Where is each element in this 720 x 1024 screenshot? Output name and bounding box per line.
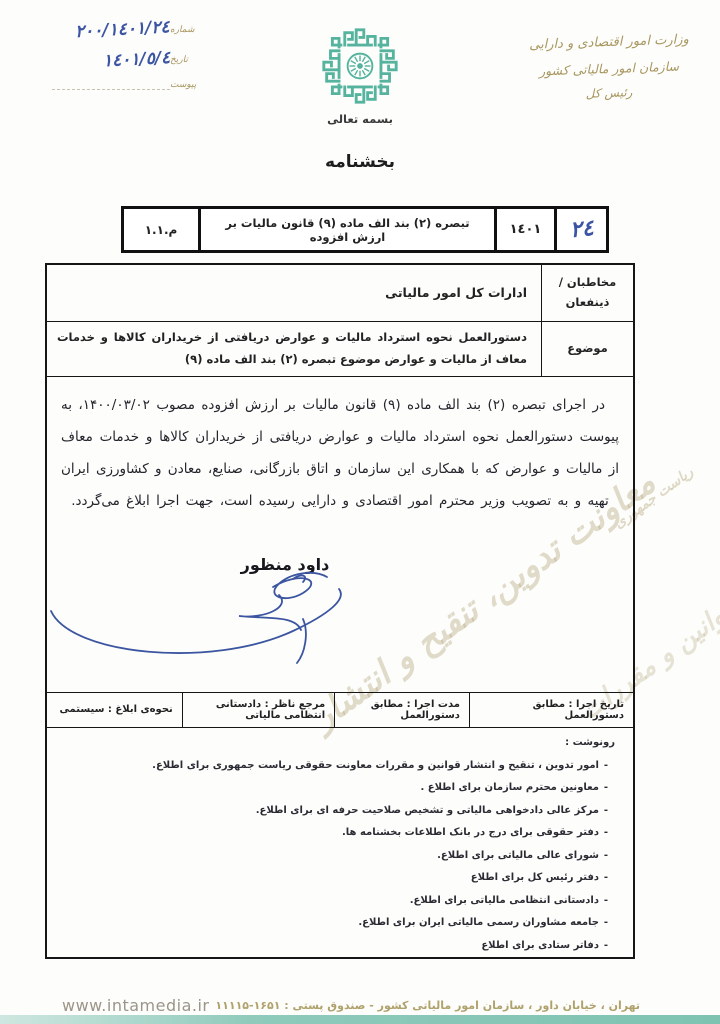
attachment-label: پیوست <box>170 80 208 90</box>
cc-dash: - <box>599 890 613 913</box>
cc-item: - مرکز عالی دادخواهی مالیاتی و تشخیص صلا… <box>57 800 621 823</box>
cc-dash: - <box>599 777 613 800</box>
recipients-value: ادارات کل امور مالیاتی <box>47 265 541 321</box>
reference-attachment-row: پیوست <box>8 80 208 90</box>
cc-dash: - <box>599 867 613 890</box>
cc-item-text: مرکز عالی دادخواهی مالیاتی و تشخیص صلاحی… <box>256 800 599 823</box>
execution-duration-cell: مدت اجرا : مطابق دستورالعمل <box>334 693 469 726</box>
serial-number-handwritten: ٢٤ <box>568 216 594 243</box>
cc-dash: - <box>599 845 613 868</box>
reference-date-row: تاریخ ١٤٠١/٥/٤ <box>8 50 208 70</box>
tax-administration-logo-icon <box>320 26 400 106</box>
cc-item: - دادستانی انتظامی مالیاتی برای اطلاع. <box>57 890 621 913</box>
subject-row: موضوع دستورالعمل نحوه استرداد مالیات و ع… <box>47 322 633 377</box>
reference-number-row: شماره ٢٠٠/١٤٠١/٢٤ <box>8 20 208 40</box>
cc-item-text: دفتر رئیس کل برای اطلاع <box>471 867 599 890</box>
supervising-authority-cell: مرجع ناظر : دادستانی انتظامی مالیاتی <box>182 693 334 726</box>
letterhead-center: بسمه تعالی بخشنامه <box>275 26 445 172</box>
band-code-cell: م.١.١ <box>124 209 198 250</box>
cc-item: - امور تدوین ، تنقیح و انتشار قوانین و م… <box>57 755 621 778</box>
circular-table: مخاطبان / ذینفعان ادارات کل امور مالیاتی… <box>45 263 635 959</box>
cc-item: - معاونین محترم سازمان برای اطلاع . <box>57 777 621 800</box>
recipients-label-line1: مخاطبان / <box>559 273 617 293</box>
footer-teal-band <box>0 1015 720 1024</box>
band-subject-cell: تبصره (۲) بند الف ماده (۹) قانون مالیات … <box>198 209 494 250</box>
attachment-blank-line <box>52 80 170 90</box>
date-label: تاریخ <box>170 55 208 65</box>
cc-dash: - <box>599 822 613 845</box>
footer-website-url: www.intamedia.ir <box>62 996 209 1015</box>
cc-item: - شورای عالی مالیاتی برای اطلاع. <box>57 845 621 868</box>
year-cell: ١٤٠١ <box>494 209 554 250</box>
recipients-label: مخاطبان / ذینفعان <box>541 265 633 321</box>
subject-value: دستورالعمل نحوه استرداد مالیات و عوارض د… <box>47 322 541 376</box>
cc-item-text: دفاتر ستادی برای اطلاع <box>481 935 599 958</box>
recipients-row: مخاطبان / ذینفعان ادارات کل امور مالیاتی <box>47 265 633 322</box>
body-paragraph: در اجرای تبصره (۲) بند الف ماده (۹) قانو… <box>47 377 633 518</box>
cc-item-text: دادستانی انتظامی مالیاتی برای اطلاع. <box>410 890 599 913</box>
document-type-title: بخشنامه <box>275 152 445 172</box>
signature-icon <box>41 559 371 689</box>
recipients-label-line2: ذینفعان <box>566 293 610 313</box>
cc-dash: - <box>599 755 613 778</box>
subject-label: موضوع <box>541 322 633 376</box>
number-value-handwritten: ٢٠٠/١٤٠١/٢٤ <box>61 17 171 43</box>
cc-dash: - <box>599 800 613 823</box>
body-section: در اجرای تبصره (۲) بند الف ماده (۹) قانو… <box>47 377 633 693</box>
notification-method-cell: نحوه‌ی ابلاغ : سیستمی <box>47 693 182 726</box>
cc-item: - دفتر رئیس کل برای اطلاع <box>57 867 621 890</box>
number-label: شماره <box>170 25 208 35</box>
cc-item-text: معاونین محترم سازمان برای اطلاع . <box>420 777 599 800</box>
ministry-header: وزارت امور اقتصادی و دارایی سازمان امور … <box>514 30 704 105</box>
classification-band: ٢٤ ١٤٠١ تبصره (۲) بند الف ماده (۹) قانون… <box>121 206 609 253</box>
cc-title: رونوشت : <box>57 737 621 748</box>
cc-item: - جامعه مشاوران رسمی مالیاتی ایران برای … <box>57 912 621 935</box>
cc-item-text: شورای عالی مالیاتی برای اطلاع. <box>437 845 599 868</box>
execution-date-cell: تاریخ اجرا : مطابق دستورالعمل <box>469 693 633 726</box>
cc-item-text: دفتر حقوقی برای درج در بانک اطلاعات بخشن… <box>342 822 599 845</box>
cc-section: رونوشت : - امور تدوین ، تنقیح و انتشار ق… <box>47 728 633 958</box>
cc-item-text: امور تدوین ، تنقیح و انتشار قوانین و مقر… <box>152 755 599 778</box>
cc-item-text: جامعه مشاوران رسمی مالیاتی ایران برای اط… <box>358 912 599 935</box>
circular-document-page: شماره ٢٠٠/١٤٠١/٢٤ تاریخ ١٤٠١/٥/٤ پیوست <box>0 0 720 1024</box>
bismillah-text: بسمه تعالی <box>275 112 445 126</box>
cc-dash: - <box>599 912 613 935</box>
footer-address: تهران ، خیابان داور ، سازمان امور مالیات… <box>215 999 640 1012</box>
cc-item: - دفاتر ستادی برای اطلاع <box>57 935 621 958</box>
reference-block: شماره ٢٠٠/١٤٠١/٢٤ تاریخ ١٤٠١/٥/٤ پیوست <box>8 20 208 100</box>
date-value-handwritten: ١٤٠١/٥/٤ <box>88 48 170 72</box>
execution-row: تاریخ اجرا : مطابق دستورالعمل مدت اجرا :… <box>47 693 633 727</box>
cc-item: - دفتر حقوقی برای درج در بانک اطلاعات بخ… <box>57 822 621 845</box>
serial-number-cell: ٢٤ <box>554 209 606 250</box>
cc-dash: - <box>599 935 613 958</box>
